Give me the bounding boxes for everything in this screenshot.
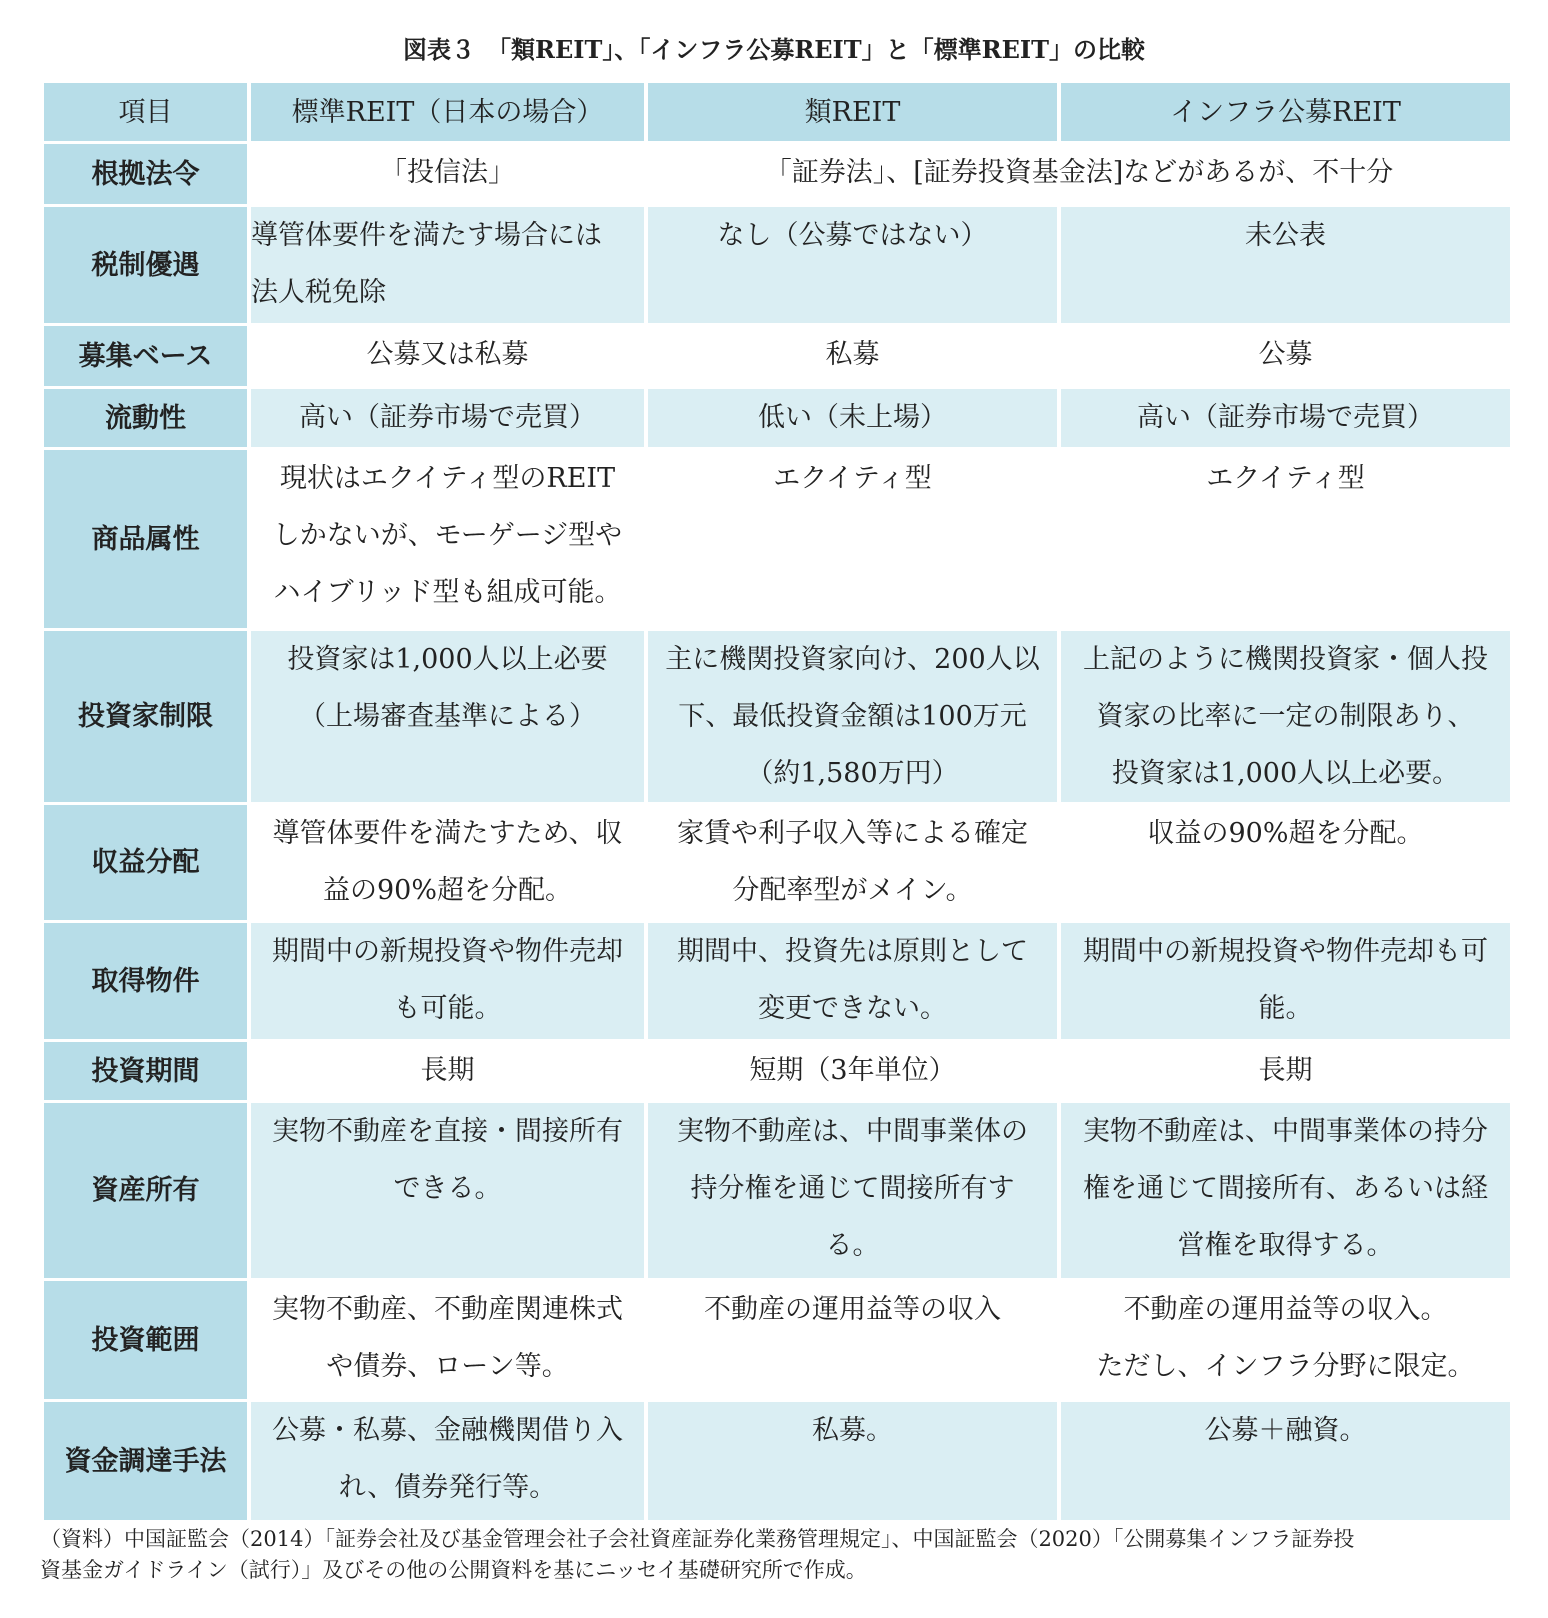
cell-line: ハイブリッド型も組成可能。	[251, 564, 644, 621]
cell-line: 導管体要件を満たす場合には	[251, 207, 644, 264]
cell-line: 長期	[251, 1042, 644, 1099]
cell-rui: 主に機関投資家向け、200人以下、最低投資金額は100万元（約1,580万円）	[648, 631, 1057, 802]
cell-line: 「投信法」	[251, 144, 644, 201]
table-row: 投資範囲実物不動産、不動産関連株式や債券、ローン等。不動産の運用益等の収入不動産…	[44, 1281, 1510, 1399]
cell-merged_rui_infra: 「証券法」、[証券投資基金法]などがあるが、不十分	[648, 144, 1510, 204]
table-row: 根拠法令「投信法」「証券法」、[証券投資基金法]などがあるが、不十分	[44, 144, 1510, 204]
cell-standard: 高い（証券市場で売買）	[251, 389, 644, 447]
cell-line: 未公表	[1061, 207, 1510, 264]
cell-standard: 長期	[251, 1042, 644, 1100]
row-key: 商品属性	[44, 450, 247, 628]
figure-title: 図表３ 「類REIT」、「インフラ公募REIT」と「標準REIT」の比較	[0, 30, 1548, 65]
cell-standard: 導管体要件を満たすため、収益の90%超を分配。	[251, 805, 644, 920]
cell-line: 実物不動産は、中間事業体の持分	[1061, 1103, 1510, 1160]
cell-line: 実物不動産は、中間事業体の	[648, 1103, 1057, 1160]
cell-line: 資家の比率に一定の制限あり、	[1061, 688, 1510, 745]
cell-standard: 実物不動産を直接・間接所有できる。	[251, 1103, 644, 1278]
cell-line: 低い（未上場）	[648, 389, 1057, 446]
cell-rui: エクイティ型	[648, 450, 1057, 628]
cell-line: 実物不動産、不動産関連株式	[251, 1281, 644, 1338]
cell-line: ただし、インフラ分野に限定。	[1061, 1338, 1510, 1395]
cell-standard: 公募又は私募	[251, 326, 644, 386]
cell-line: できる。	[251, 1160, 644, 1217]
cell-line: 主に機関投資家向け、200人以	[648, 631, 1057, 688]
cell-rui: 私募	[648, 326, 1057, 386]
footnote-line: 資基金ガイドライン（試行）」及びその他の公開資料を基にニッセイ基礎研究所で作成。	[40, 1555, 1510, 1586]
table-row: 募集ベース公募又は私募私募公募	[44, 326, 1510, 386]
cell-line: 期間中の新規投資や物件売却も可	[1061, 923, 1510, 980]
table-row: 資産所有実物不動産を直接・間接所有できる。実物不動産は、中間事業体の持分権を通じ…	[44, 1103, 1510, 1278]
cell-line: 公募＋融資。	[1061, 1402, 1510, 1459]
table-row: 流動性高い（証券市場で売買）低い（未上場）高い（証券市場で売買）	[44, 389, 1510, 447]
cell-standard: 実物不動産、不動産関連株式や債券、ローン等。	[251, 1281, 644, 1399]
row-key: 流動性	[44, 389, 247, 447]
header-rui-reit: 類REIT	[648, 83, 1057, 141]
cell-line: エクイティ型	[1061, 450, 1510, 507]
cell-line: 公募	[1061, 326, 1510, 383]
cell-infra: 実物不動産は、中間事業体の持分権を通じて間接所有、あるいは経営権を取得する。	[1061, 1103, 1510, 1278]
header-item: 項目	[44, 83, 247, 141]
cell-rui: 期間中、投資先は原則として変更できない。	[648, 923, 1057, 1039]
cell-line: や債券、ローン等。	[251, 1338, 644, 1395]
cell-infra: 上記のように機関投資家・個人投資家の比率に一定の制限あり、投資家は1,000人以…	[1061, 631, 1510, 802]
cell-line: 私募。	[648, 1402, 1057, 1459]
cell-line: 高い（証券市場で売買）	[1061, 389, 1510, 446]
cell-standard: 投資家は1,000人以上必要（上場審査基準による）	[251, 631, 644, 802]
cell-line: 現状はエクイティ型のREIT	[251, 450, 644, 507]
row-key: 投資期間	[44, 1042, 247, 1100]
source-footnote: （資料）中国証監会（2014）「証券会社及び基金管理会社子会社資産証券化業務管理…	[40, 1524, 1510, 1586]
cell-line: 家賃や利子収入等による確定	[648, 805, 1057, 862]
cell-line: 益の90%超を分配。	[251, 862, 644, 919]
cell-rui: 実物不動産は、中間事業体の持分権を通じて間接所有する。	[648, 1103, 1057, 1278]
row-key: 募集ベース	[44, 326, 247, 386]
cell-line: 下、最低投資金額は100万元	[648, 688, 1057, 745]
cell-line: （上場審査基準による）	[251, 688, 644, 745]
cell-infra: 高い（証券市場で売買）	[1061, 389, 1510, 447]
cell-line: 期間中の新規投資や物件売却	[251, 923, 644, 980]
comparison-table: 項目 標準REIT（日本の場合） 類REIT インフラ公募REIT 根拠法令「投…	[40, 80, 1514, 1523]
cell-standard: 現状はエクイティ型のREITしかないが、モーゲージ型やハイブリッド型も組成可能。	[251, 450, 644, 628]
cell-rui: 低い（未上場）	[648, 389, 1057, 447]
table-row: 投資家制限投資家は1,000人以上必要（上場審査基準による）主に機関投資家向け、…	[44, 631, 1510, 802]
cell-line: 能。	[1061, 980, 1510, 1037]
cell-rui: なし（公募ではない）	[648, 207, 1057, 323]
cell-infra: エクイティ型	[1061, 450, 1510, 628]
cell-line: 公募・私募、金融機関借り入	[251, 1402, 644, 1459]
cell-line: 公募又は私募	[251, 326, 644, 383]
cell-line: 私募	[648, 326, 1057, 383]
table-row: 商品属性現状はエクイティ型のREITしかないが、モーゲージ型やハイブリッド型も組…	[44, 450, 1510, 628]
row-key: 資産所有	[44, 1103, 247, 1278]
cell-infra: 不動産の運用益等の収入。ただし、インフラ分野に限定。	[1061, 1281, 1510, 1399]
cell-infra: 収益の90%超を分配。	[1061, 805, 1510, 920]
cell-line: 分配率型がメイン。	[648, 862, 1057, 919]
cell-infra: 長期	[1061, 1042, 1510, 1100]
cell-line: 投資家は1,000人以上必要。	[1061, 745, 1510, 802]
cell-line: しかないが、モーゲージ型や	[251, 507, 644, 564]
cell-line: れ、債券発行等。	[251, 1459, 644, 1516]
table-row: 収益分配導管体要件を満たすため、収益の90%超を分配。家賃や利子収入等による確定…	[44, 805, 1510, 920]
cell-infra: 公募	[1061, 326, 1510, 386]
cell-infra: 期間中の新規投資や物件売却も可能。	[1061, 923, 1510, 1039]
cell-line: 実物不動産を直接・間接所有	[251, 1103, 644, 1160]
cell-line: 上記のように機関投資家・個人投	[1061, 631, 1510, 688]
table-row: 資金調達手法公募・私募、金融機関借り入れ、債券発行等。私募。公募＋融資。	[44, 1402, 1510, 1520]
cell-infra: 未公表	[1061, 207, 1510, 323]
row-key: 投資範囲	[44, 1281, 247, 1399]
row-key: 根拠法令	[44, 144, 247, 204]
cell-line: も可能。	[251, 980, 644, 1037]
row-key: 投資家制限	[44, 631, 247, 802]
row-key: 資金調達手法	[44, 1402, 247, 1520]
cell-line: 法人税免除	[251, 264, 644, 321]
cell-line: 「証券法」、[証券投資基金法]などがあるが、不十分	[648, 144, 1510, 201]
cell-standard: 期間中の新規投資や物件売却も可能。	[251, 923, 644, 1039]
cell-infra: 公募＋融資。	[1061, 1402, 1510, 1520]
cell-standard: 導管体要件を満たす場合には法人税免除	[251, 207, 644, 323]
header-row: 項目 標準REIT（日本の場合） 類REIT インフラ公募REIT	[44, 83, 1510, 141]
table-row: 税制優遇導管体要件を満たす場合には法人税免除なし（公募ではない）未公表	[44, 207, 1510, 323]
header-standard-reit: 標準REIT（日本の場合）	[251, 83, 644, 141]
cell-line: 収益の90%超を分配。	[1061, 805, 1510, 862]
cell-rui: 短期（3年単位）	[648, 1042, 1057, 1100]
cell-line: 不動産の運用益等の収入	[648, 1281, 1057, 1338]
cell-line: 営権を取得する。	[1061, 1217, 1510, 1274]
cell-line: 投資家は1,000人以上必要	[251, 631, 644, 688]
cell-line: 短期（3年単位）	[648, 1042, 1057, 1099]
table-row: 投資期間長期短期（3年単位）長期	[44, 1042, 1510, 1100]
footnote-line: （資料）中国証監会（2014）「証券会社及び基金管理会社子会社資産証券化業務管理…	[40, 1524, 1510, 1555]
row-key: 取得物件	[44, 923, 247, 1039]
cell-line: 長期	[1061, 1042, 1510, 1099]
cell-rui: 家賃や利子収入等による確定分配率型がメイン。	[648, 805, 1057, 920]
cell-line: 期間中、投資先は原則として	[648, 923, 1057, 980]
cell-standard: 「投信法」	[251, 144, 644, 204]
row-key: 収益分配	[44, 805, 247, 920]
cell-line: エクイティ型	[648, 450, 1057, 507]
cell-line: 導管体要件を満たすため、収	[251, 805, 644, 862]
cell-line: （約1,580万円）	[648, 745, 1057, 802]
table-body: 根拠法令「投信法」「証券法」、[証券投資基金法]などがあるが、不十分税制優遇導管…	[44, 144, 1510, 1520]
table-row: 取得物件期間中の新規投資や物件売却も可能。期間中、投資先は原則として変更できない…	[44, 923, 1510, 1039]
cell-line: 権を通じて間接所有、あるいは経	[1061, 1160, 1510, 1217]
header-infra-reit: インフラ公募REIT	[1061, 83, 1510, 141]
cell-rui: 不動産の運用益等の収入	[648, 1281, 1057, 1399]
cell-line: なし（公募ではない）	[648, 207, 1057, 264]
cell-line: 変更できない。	[648, 980, 1057, 1037]
cell-standard: 公募・私募、金融機関借り入れ、債券発行等。	[251, 1402, 644, 1520]
cell-line: る。	[648, 1217, 1057, 1274]
cell-line: 不動産の運用益等の収入。	[1061, 1281, 1510, 1338]
cell-rui: 私募。	[648, 1402, 1057, 1520]
row-key: 税制優遇	[44, 207, 247, 323]
cell-line: 持分権を通じて間接所有す	[648, 1160, 1057, 1217]
cell-line: 高い（証券市場で売買）	[251, 389, 644, 446]
